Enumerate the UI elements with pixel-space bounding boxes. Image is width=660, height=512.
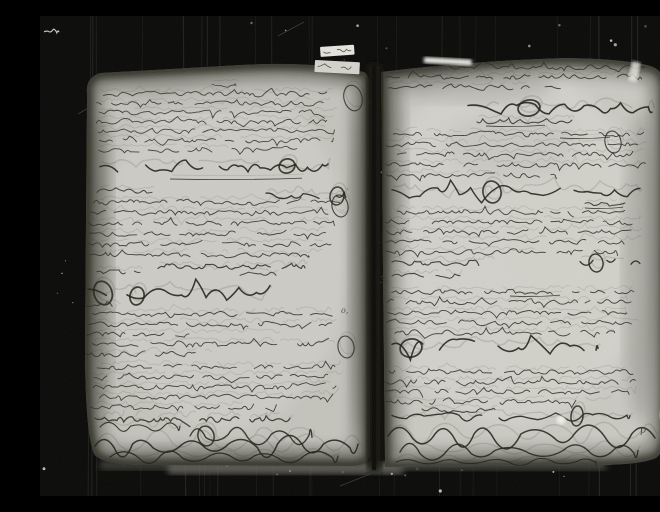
microfilm-scan: 3.o,p Black-and-white microfilm photogra… xyxy=(40,16,660,496)
manuscript-photo: 3.o,p xyxy=(40,16,660,496)
film-grain-overlay xyxy=(40,16,660,496)
